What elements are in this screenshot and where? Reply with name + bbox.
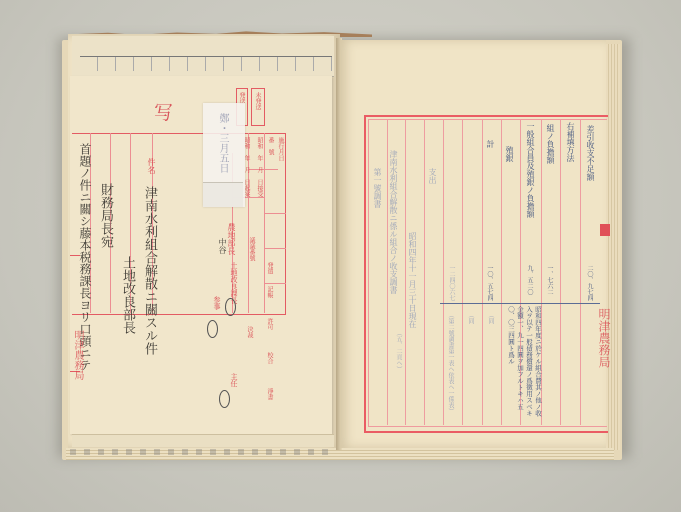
col-bank: 殖銀 xyxy=(505,146,513,162)
label-approval: 許可 xyxy=(266,318,272,330)
note-block: 昭和四年度ニ於ケル組合費其ノ他ノ收入ヲ以テ一般債務償還ノ爲徴用スベキ金額一、九一… xyxy=(506,306,556,426)
col-member-burden: 一般組合員及殖銀ノ負擔額 xyxy=(526,122,534,218)
reference-3: （同 xyxy=(487,312,493,324)
red-index-tab xyxy=(600,224,610,236)
seal-section-chief xyxy=(225,298,236,316)
col-expenditure: 支出 xyxy=(428,168,436,184)
col-union-burden: 組ノ負擔額 xyxy=(546,124,554,164)
label-number: 番 號 xyxy=(267,137,273,155)
table-rule xyxy=(560,119,561,425)
copy-mark: 写 xyxy=(154,98,173,125)
table-rule xyxy=(387,119,388,425)
label-check: 校合 xyxy=(266,352,272,364)
seal-officer xyxy=(219,390,230,408)
reference-4: （五、二頁ヘ） xyxy=(395,330,401,372)
reference-1: （第二號調書第一表ヘ依表ヘ一係表） xyxy=(447,312,453,414)
amount-member-burden: 九、五二〇 xyxy=(526,265,532,295)
note-text: 昭和四年度ニ於ケル組合費其ノ他ノ收入ヲ以テ一般債務償還ノ爲徴用スベキ金額一、九一… xyxy=(506,306,542,421)
amount-union-burden: 一、七六二 xyxy=(546,265,552,295)
label-received-date: 昭和 年 月 日接受 xyxy=(256,137,262,197)
recipient-finance-bureau: 財務局長宛 xyxy=(99,183,112,248)
margin-stamp-right: 明津農務局 xyxy=(598,308,610,368)
label-clean-copy: 淨書 xyxy=(266,388,272,400)
reference-2: （同 xyxy=(467,312,473,324)
amount-deficit: 二〇、九七四 xyxy=(586,265,592,301)
table-rule xyxy=(405,119,406,425)
table-rule xyxy=(424,119,425,425)
subject-text: 津南水利組合解散ニ關スル件 xyxy=(143,186,156,355)
bottom-edge-writing xyxy=(70,449,330,455)
amount-total: 一〇、五七四 xyxy=(486,265,492,301)
label-cleared: 発遣 xyxy=(266,262,272,274)
sheet-lower-strip xyxy=(72,434,334,447)
table-rule xyxy=(443,119,444,425)
signature-councillor: 参事 xyxy=(213,296,220,310)
subject-label: 件名 xyxy=(147,158,155,174)
table-rule xyxy=(501,119,502,425)
stamp-box-unsent: 未発送 xyxy=(251,88,265,126)
col-report-title: 津南水利組合解散ニ係ル組合ノ收支調書 xyxy=(389,150,397,294)
seal-councillor xyxy=(207,320,218,338)
table-rule xyxy=(482,119,483,425)
amount-expenditure: 一二四〇六七 xyxy=(448,265,454,301)
label-recorded: 記帳 xyxy=(266,286,272,298)
col-total: 計 xyxy=(486,140,494,148)
signature-nakatani: 中谷 xyxy=(218,238,226,254)
col-supplement-method: 右補填方法 xyxy=(566,122,574,162)
form-bottom-rule xyxy=(72,314,285,315)
table-rule xyxy=(580,119,581,425)
margin-stamp-left: 明津農務局 xyxy=(72,330,82,380)
underlying-grid xyxy=(80,56,332,71)
signature-officer: 主任 xyxy=(230,373,237,387)
col-report-number: 第一號調書 xyxy=(373,168,381,208)
col-date-note: 昭和四年十一月三十日現在 xyxy=(408,232,416,328)
label-decision: 決裁 xyxy=(246,326,252,338)
label-enforcement-date: 施行月日 xyxy=(277,137,283,161)
col-deficit: 差引收支不足額 xyxy=(586,125,594,181)
attached-slip-fold xyxy=(203,182,243,207)
table-rule xyxy=(462,119,463,425)
label-protocol-number: 議議番號 xyxy=(248,237,254,261)
total-row-rule xyxy=(440,303,600,304)
recipient-land-improvement: 土地改良部長 xyxy=(121,256,134,334)
signature-dept-head: 農地部長 xyxy=(227,223,235,255)
